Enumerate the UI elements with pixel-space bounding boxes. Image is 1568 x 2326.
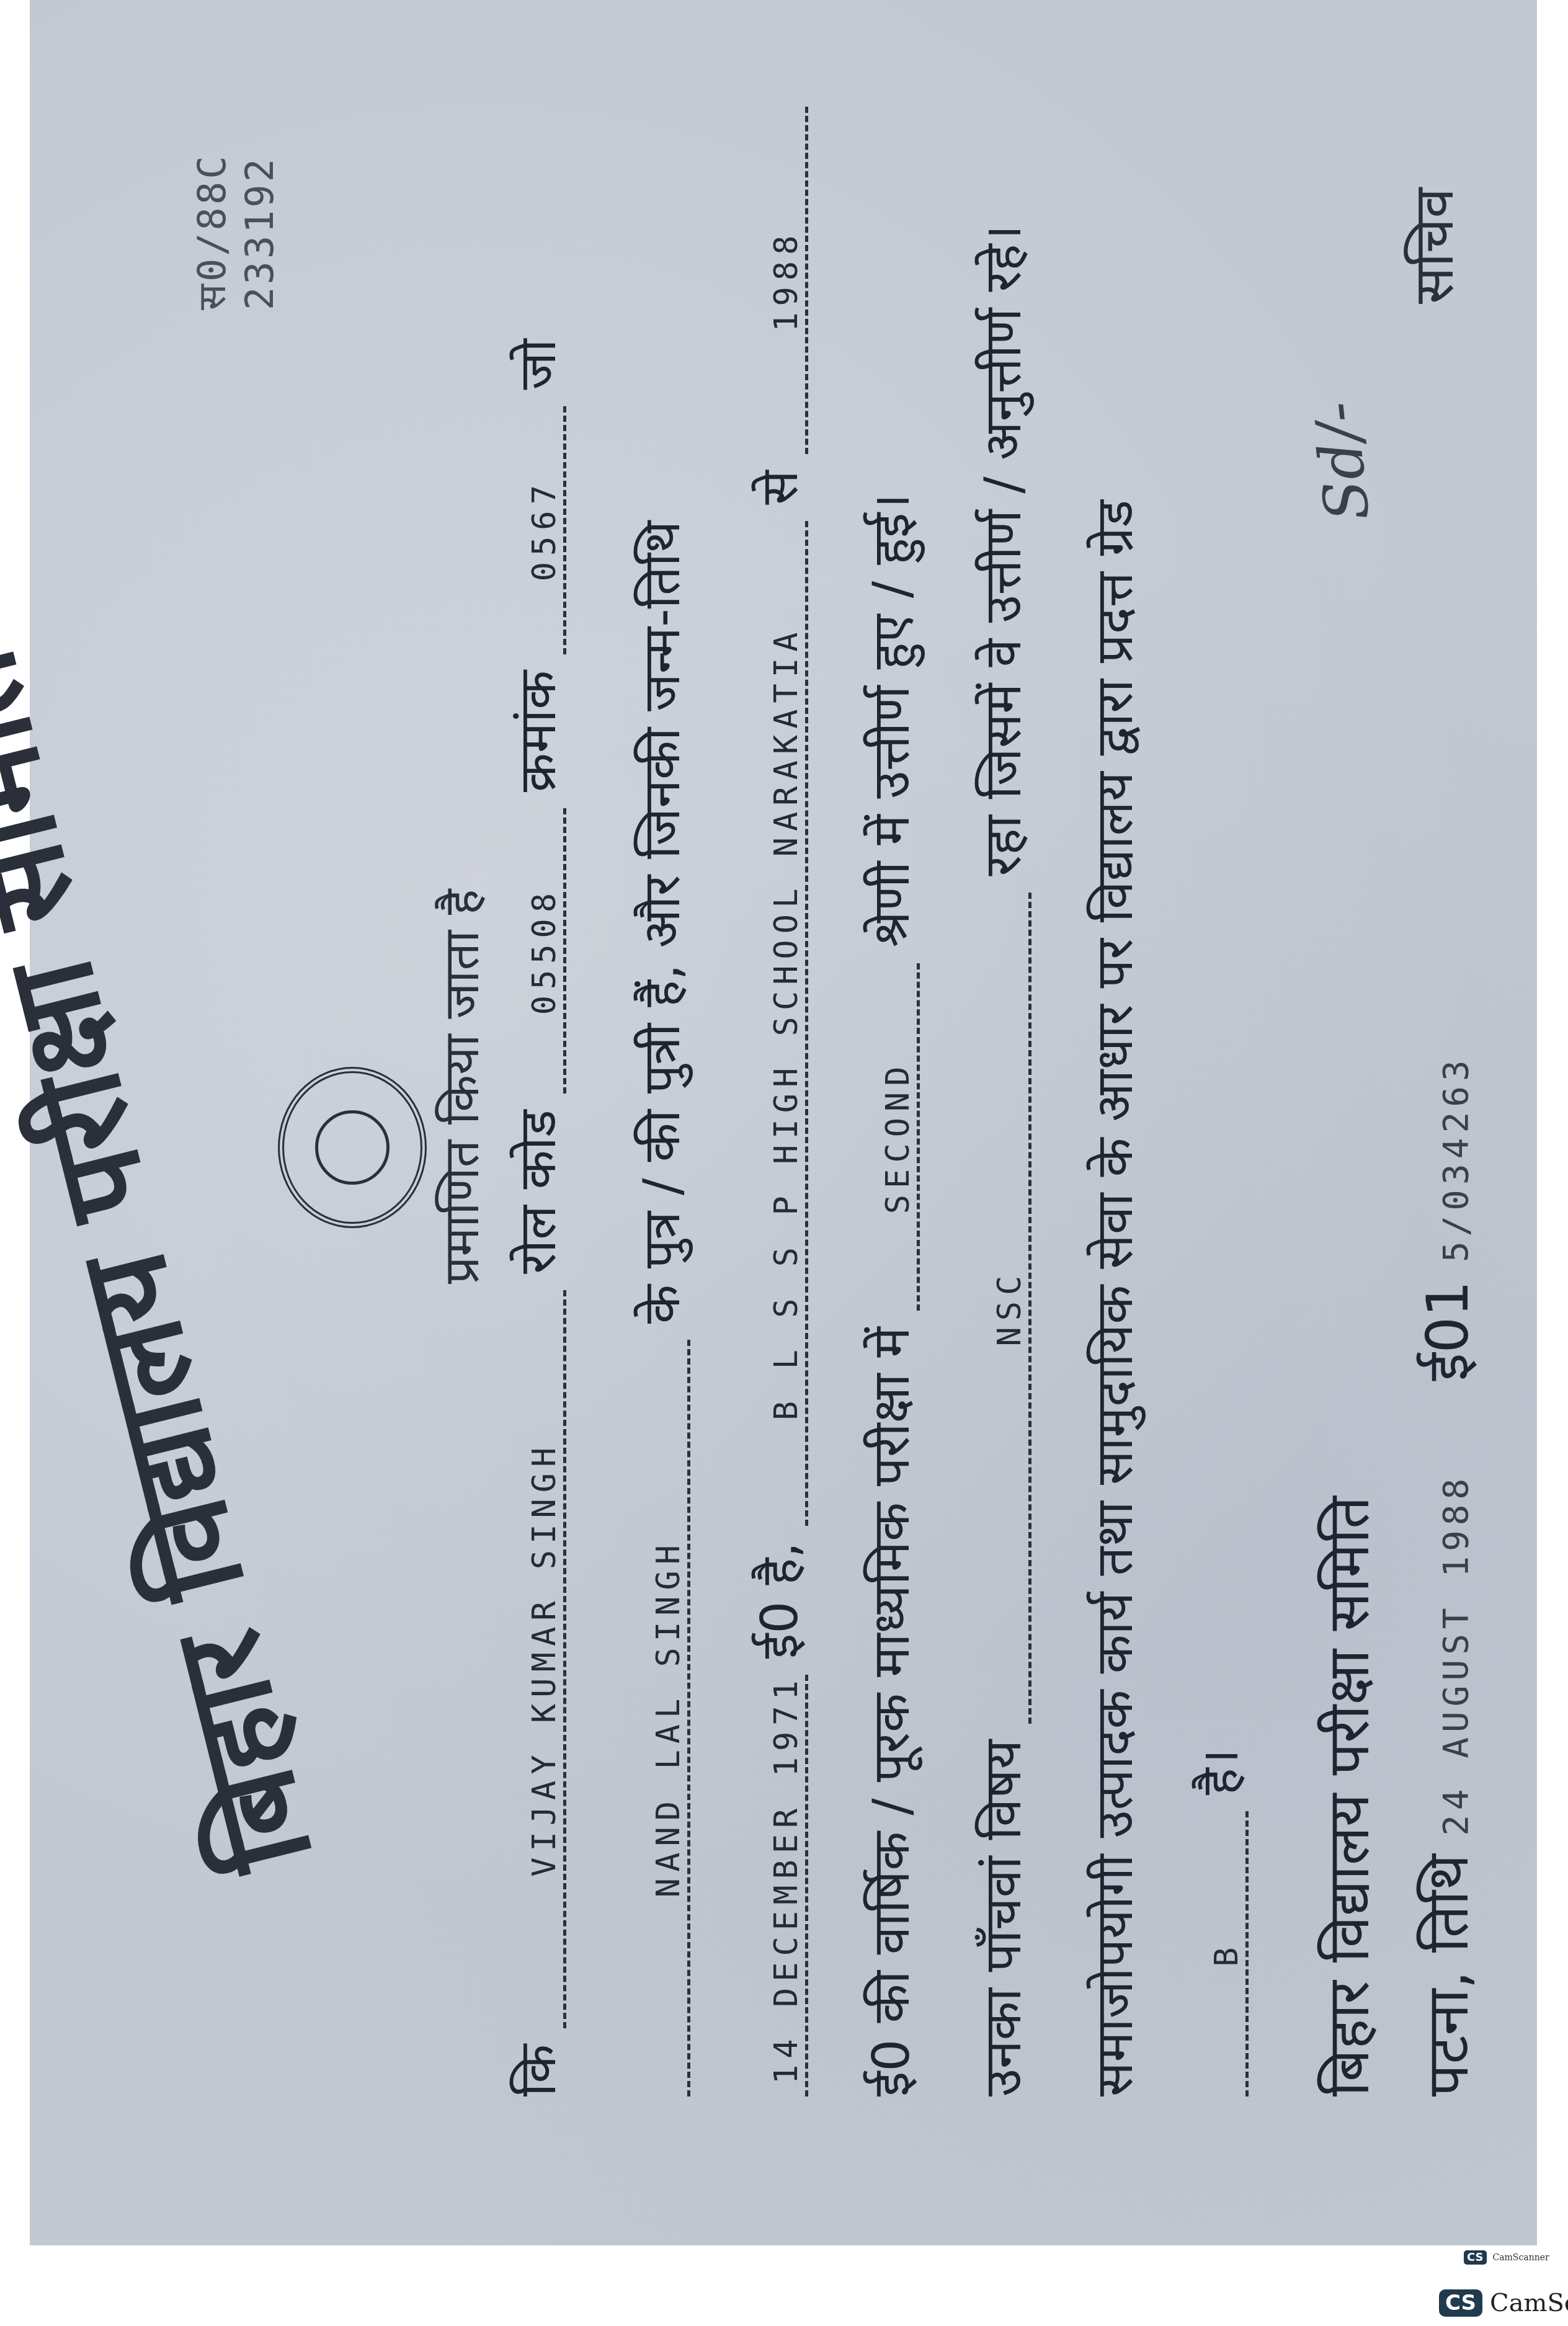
board-title: बिहार विद्यालय परीक्षा समिति (0, 635, 345, 1887)
line-father: NAND LAL SINGH के पुत्र / की पुत्री हैं,… (625, 136, 700, 2097)
line-grade: B है। (1183, 136, 1258, 2097)
camscanner-watermark-small: CS CamScanner (1464, 2250, 1549, 2265)
issue-date: 24 AUGUST 1988 (1436, 1474, 1476, 1836)
camscanner-watermark: CS CamScanner (1439, 2289, 1568, 2317)
serial-number: स0/88C 233192 (185, 0, 282, 310)
grade: B (1208, 1811, 1249, 2097)
student-name: VIJAY KUMAR SINGH (526, 1290, 566, 2028)
line-name: कि VIJAY KUMAR SINGH रोल कोड 05508 क्रमा… (501, 136, 576, 2097)
line-division: ई0 की वार्षिक / पूरक माध्यमिक परीक्षा मे… (855, 136, 929, 2097)
certificate-paper: स0/88C 233192 बिहार विद्यालय परीक्षा समि… (30, 0, 1537, 2245)
exam-year: 1988 (768, 107, 808, 454)
line-dob-school: 14 DECEMBER 1971 ई0 है, B L S S P HIGH S… (743, 136, 817, 2097)
date-of-birth: 14 DECEMBER 1971 (768, 1675, 808, 2097)
fifth-subject: NSC (991, 893, 1031, 1724)
roll-code: 05508 (526, 808, 566, 1094)
certificate-content: स0/88C 233192 बिहार विद्यालय परीक्षा समि… (30, 0, 1537, 2245)
reference-number: 5/034263 (1436, 1055, 1476, 1262)
camscanner-logo-icon: CS (1464, 2250, 1487, 2265)
certified-text: प्रमाणित किया जाता है (427, 889, 492, 1284)
footer-place-date: पटना, तिथि 24 AUGUST 1988 ई01 5/034263 (1407, 1055, 1484, 2097)
division: SECOND (880, 963, 920, 1311)
line-sups: समाजोपयोगी उत्पादक कार्य तथा सामुदायिक स… (1078, 136, 1152, 2097)
school-name: B L S S P HIGH SCHOOL NARAKATIA (768, 521, 808, 1526)
secretary-label: सचिव (1394, 188, 1469, 304)
footer-board-name: बिहार विद्यालय परीक्षा समिति (1307, 1496, 1385, 2097)
father-name: NAND LAL SINGH (650, 1340, 690, 2097)
board-seal-icon (278, 1067, 427, 1228)
line-subject: उनका पाँचवां विषय NSC रहा जिसमें वे उत्त… (966, 136, 1041, 2097)
camscanner-logo-icon: CS (1439, 2289, 1482, 2317)
signature: Sd/- (1301, 399, 1383, 525)
roll-number: 0567 (526, 406, 566, 654)
